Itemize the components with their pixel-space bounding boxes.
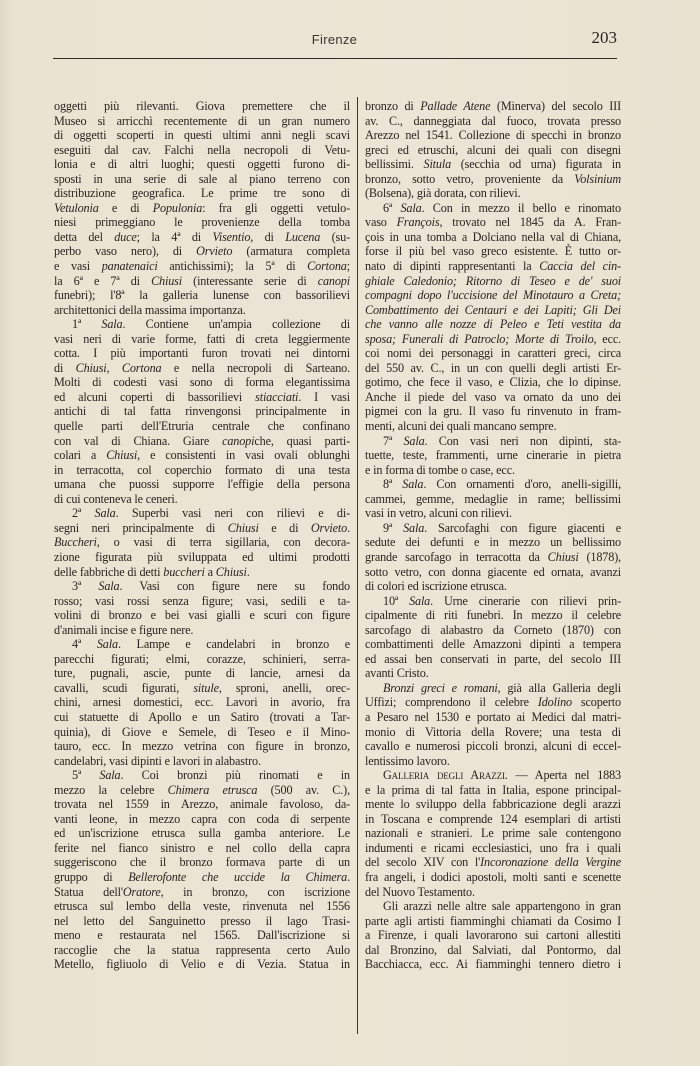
text-line: niesi primeggiano le provenienze della t… bbox=[54, 215, 350, 230]
text-line: gruppo di Bellerofonte che uccide la Chi… bbox=[54, 870, 350, 885]
text-line: distribuzione geografica. Le prime tre s… bbox=[54, 186, 350, 201]
page-number: 203 bbox=[592, 28, 618, 48]
running-header: Firenze 203 bbox=[52, 28, 617, 52]
text-line: 1ª Sala. Contiene un'ampia collezione di bbox=[54, 317, 350, 332]
text-line: di oggetti scoperti in questi ultimi ann… bbox=[54, 128, 350, 143]
text-line: cotta. I più importanti furon trovati ne… bbox=[54, 346, 350, 361]
text-line: meno e restaurata nel 1565. Dall'iscrizi… bbox=[54, 928, 350, 943]
text-line: menti, alcuni dei quali mancano sempre. bbox=[365, 419, 621, 434]
running-title: Firenze bbox=[52, 32, 617, 47]
text-line: cavalli, scudi figurati, situle, sproni,… bbox=[54, 681, 350, 696]
text-line: bronzo di Pallade Atene (Minerva) del se… bbox=[365, 99, 621, 114]
text-line: detta del duce; la 4ª di Visentio, di Lu… bbox=[54, 230, 350, 245]
text-line: la 6ª e 7ª di Chiusi (interessante serie… bbox=[54, 274, 350, 289]
text-line: candelabri, vasi dipinti e lavori in ala… bbox=[54, 754, 350, 769]
text-line: del secolo XIV con l'Incoronazione della… bbox=[365, 855, 621, 870]
text-line: lentissimo lavoro. bbox=[365, 754, 621, 769]
text-line: oggetti più rilevanti. Giova premettere … bbox=[54, 99, 350, 114]
text-line: delle fabbriche di detti buccheri a Chiu… bbox=[54, 565, 350, 580]
text-line: ed assai ben conservati in parte, del se… bbox=[365, 652, 621, 667]
text-line: del Nuovo Testamento. bbox=[365, 885, 621, 900]
text-line: gotimo, che fece il vaso, e Clizia, che … bbox=[365, 375, 621, 390]
text-line: trovata nel 1559 in Arezzo, animale favo… bbox=[54, 797, 350, 812]
text-line: che vanno alle nozze di Peleo e Teti ves… bbox=[365, 317, 621, 332]
right-column: bronzo di Pallade Atene (Minerva) del se… bbox=[365, 99, 621, 972]
text-line: parecchi figurati; elmi, corazze, schini… bbox=[54, 652, 350, 667]
text-line: 4ª Sala. Lampe e candelabri in bronzo e bbox=[54, 637, 350, 652]
text-line: parte agli artisti fiamminghi chiamati d… bbox=[365, 914, 621, 929]
text-line: quelle parti dell'Etruria centrale che c… bbox=[54, 419, 350, 434]
text-line: fra angeli, i dodici apostoli, molti san… bbox=[365, 870, 621, 885]
text-line: a Pesaro nel 1530 e portato ai Medici da… bbox=[365, 710, 621, 725]
text-line: combattimenti delle Amazzoni dipinti a t… bbox=[365, 637, 621, 652]
text-line: di colori ed iscrizione etrusca. bbox=[365, 579, 621, 594]
text-line: Bacchiacca, ecc. Ai fiamminghi tennero d… bbox=[365, 957, 621, 972]
text-line: raccoglie che la statua rappresenta cert… bbox=[54, 943, 350, 958]
text-line: compagni dopo l'uccisione del Minotauro … bbox=[365, 288, 621, 303]
text-line: ed alcuni coperti di bassorilievi stiacc… bbox=[54, 390, 350, 405]
text-line: vasi neri di varie forme, fatti di creta… bbox=[54, 332, 350, 347]
text-line: Arezzo nel 1541. Collezione di specchi i… bbox=[365, 128, 621, 143]
text-line: di Chiusi, Cortona e nella necropoli di … bbox=[54, 361, 350, 376]
text-line: Museo si arricchì recentemente di un gra… bbox=[54, 114, 350, 129]
text-line: grande sarcofago in terracotta da Chiusi… bbox=[365, 550, 621, 565]
text-line: in Toscana e comprende 124 esemplari di … bbox=[365, 812, 621, 827]
text-line: sposti in una serie di sale al piano ter… bbox=[54, 172, 350, 187]
text-line: coi nomi dei personaggi in caratteri gre… bbox=[365, 346, 621, 361]
text-line: colari a Chiusi, e consistenti in vasi o… bbox=[54, 448, 350, 463]
text-line: bronzo, sotto vetro, proveniente da Vols… bbox=[365, 172, 621, 187]
text-line: vanti leone, in mezzo capra con coda di … bbox=[54, 812, 350, 827]
text-line: Anche il piede del vaso va ornato da uno… bbox=[365, 390, 621, 405]
text-line: volini di bronzo e bei vasi gialli e scu… bbox=[54, 608, 350, 623]
text-line: ghiale Caledonio; Ritorno di Teseo e de'… bbox=[365, 274, 621, 289]
text-line: forse il più bel vaso greco esistente. È… bbox=[365, 244, 621, 259]
text-line: Bronzi greci e romani, già alla Galleria… bbox=[365, 681, 621, 696]
text-line: architettonici della massima importanza. bbox=[54, 303, 350, 318]
text-line: cavallo e numerosi piccoli bronzi, alcun… bbox=[365, 739, 621, 754]
text-line: cui statuette di Apollo e un Satiro (tro… bbox=[54, 710, 350, 725]
text-line: umana che puossi supporre l'effigie dell… bbox=[54, 477, 350, 492]
text-line: mente lo sviluppo della fabbricazione de… bbox=[365, 797, 621, 812]
text-line: chini, arnesi domestici, ecc. Lavori in … bbox=[54, 695, 350, 710]
text-line: cammei, gemme, medaglie in rame; belliss… bbox=[365, 492, 621, 507]
text-line: nazionali e stranieri. Le prime sale con… bbox=[365, 826, 621, 841]
text-line: di cui conteneva le ceneri. bbox=[54, 492, 350, 507]
text-line: in terracotta, col coperchio formato di … bbox=[54, 463, 350, 478]
text-line: ed un'iscrizione etrusca sulla gamba ant… bbox=[54, 826, 350, 841]
text-line: nato di dipinti rappresentanti la Caccia… bbox=[365, 259, 621, 274]
text-line: d'animali incise e figure nere. bbox=[54, 623, 350, 638]
text-line: Molti di codesti vasi sono di forma eleg… bbox=[54, 375, 350, 390]
text-line: zione figurata più sviluppata ed ultimi … bbox=[54, 550, 350, 565]
column-divider bbox=[357, 97, 358, 1034]
text-line: tuette, teste, frammenti, urne cinerarie… bbox=[365, 448, 621, 463]
text-line: 8ª Sala. Con ornamenti d'oro, anelli-sig… bbox=[365, 477, 621, 492]
text-line: etrusca sul lembo della veste, rinvenuta… bbox=[54, 899, 350, 914]
text-line: av. C., danneggiata dal fuoco, trovata p… bbox=[365, 114, 621, 129]
text-line: 5ª Sala. Coi bronzi più rinomati e in bbox=[54, 768, 350, 783]
left-column: oggetti più rilevanti. Giova premettere … bbox=[54, 99, 350, 972]
text-line: segni neri principalmente di Chiusi e di… bbox=[54, 521, 350, 536]
text-line: Combattimento dei Centauri e dei Lapiti;… bbox=[365, 303, 621, 318]
text-line: sotto vetro, con donna giacente ed ornat… bbox=[365, 565, 621, 580]
text-line: sarcofago di alabastro da Corneto (1870)… bbox=[365, 623, 621, 638]
text-line: con val di Chiana. Giare canopiche, quas… bbox=[54, 434, 350, 449]
text-line: bellissimi. Situla (secchia od urna) fig… bbox=[365, 157, 621, 172]
text-line: e in forma di tombe o case, ecc. bbox=[365, 463, 621, 478]
text-line: greci ed etruschi, alcuni dei quali con … bbox=[365, 143, 621, 158]
header-rule bbox=[53, 58, 617, 59]
text-line: Statua dell'Oratore, in bronzo, con iscr… bbox=[54, 885, 350, 900]
text-line: Metello, figliuolo di Velio e di Vezia. … bbox=[54, 957, 350, 972]
text-line: 10ª Sala. Urne cinerarie con rilievi pri… bbox=[365, 594, 621, 609]
text-line: mezzo la celebre Chimera etrusca (500 av… bbox=[54, 783, 350, 798]
text-line: funebri); l'8ª la galleria lunense con b… bbox=[54, 288, 350, 303]
text-line: avanti Cristo. bbox=[365, 666, 621, 681]
text-line: vasi in vetro, alcuni con rilievi. bbox=[365, 506, 621, 521]
text-line: ferite nel fianco sinistro e nel collo d… bbox=[54, 841, 350, 856]
text-line: antichi di tal fatta rinvengonsi princip… bbox=[54, 404, 350, 419]
text-line: çois in una tomba a Dolciano nella val d… bbox=[365, 230, 621, 245]
text-line: 2ª Sala. Superbi vasi neri con rilievi e… bbox=[54, 506, 350, 521]
text-line: Gli arazzi nelle altre sale appartengono… bbox=[365, 899, 621, 914]
text-line: dal Bronzino, dal Salviati, dal Pontormo… bbox=[365, 943, 621, 958]
text-line: eseguiti dal cav. Falchi nella necropoli… bbox=[54, 143, 350, 158]
text-line: vaso François, trovato nel 1845 da A. Fr… bbox=[365, 215, 621, 230]
text-line: ture, pugnali, ascie, punte di lancie, a… bbox=[54, 666, 350, 681]
text-line: pigmei con la gru. Il vaso fu rinvenuto … bbox=[365, 404, 621, 419]
text-line: sposa; Funerali di Patroclo; Morte di Tr… bbox=[365, 332, 621, 347]
text-line: del 550 av. C., in un con quelli degli a… bbox=[365, 361, 621, 376]
text-line: e vasi panatenaici antichissimi); la 5ª … bbox=[54, 259, 350, 274]
text-line: 9ª Sala. Sarcofaghi con figure giacenti … bbox=[365, 521, 621, 536]
text-line: monio di Vittoria della Rovere; una test… bbox=[365, 725, 621, 740]
text-line: nel letto del Sanguinetto presso il lago… bbox=[54, 914, 350, 929]
text-line: Buccheri, o vasi di terra sigillaria, co… bbox=[54, 535, 350, 550]
text-line: indumenti e ricami ecclesiastici, uno fr… bbox=[365, 841, 621, 856]
text-line: suggeriscono che il bronzo formava parte… bbox=[54, 855, 350, 870]
text-line: 7ª Sala. Con vasi neri non dipinti, sta- bbox=[365, 434, 621, 449]
text-line: Galleria degli Arazzi. — Aperta nel 1883 bbox=[365, 768, 621, 783]
text-line: Uffizi; comprendono il celebre Idolino s… bbox=[365, 695, 621, 710]
text-line: cipalmente di riti funebri. In mezzo il … bbox=[365, 608, 621, 623]
text-line: tauro, ecc. In mezzo vetrina con figure … bbox=[54, 739, 350, 754]
text-line: rosso; vasi rossi senza figure; vasi, se… bbox=[54, 594, 350, 609]
text-line: (Bolsena), già dorata, con rilievi. bbox=[365, 186, 621, 201]
text-line: a Firenze, i quali lavorarono sui carton… bbox=[365, 928, 621, 943]
text-line: quinia), di Giove e Semele, di Teseo e i… bbox=[54, 725, 350, 740]
text-line: 3ª Sala. Vasi con figure nere su fondo bbox=[54, 579, 350, 594]
text-line: lonia e di altri luoghi; questi oggetti … bbox=[54, 157, 350, 172]
text-line: sedute dei defunti e in mezzo un belliss… bbox=[365, 535, 621, 550]
text-line: perbo vaso nero), di Orvieto (armatura c… bbox=[54, 244, 350, 259]
text-line: Vetulonia e di Populonia: fra gli oggett… bbox=[54, 201, 350, 216]
text-line: e la prima di tal fatta in Italia, espon… bbox=[365, 783, 621, 798]
book-page: Firenze 203 oggetti più rilevanti. Giova… bbox=[0, 0, 700, 1066]
text-line: 6ª Sala. Con in mezzo il bello e rinomat… bbox=[365, 201, 621, 216]
